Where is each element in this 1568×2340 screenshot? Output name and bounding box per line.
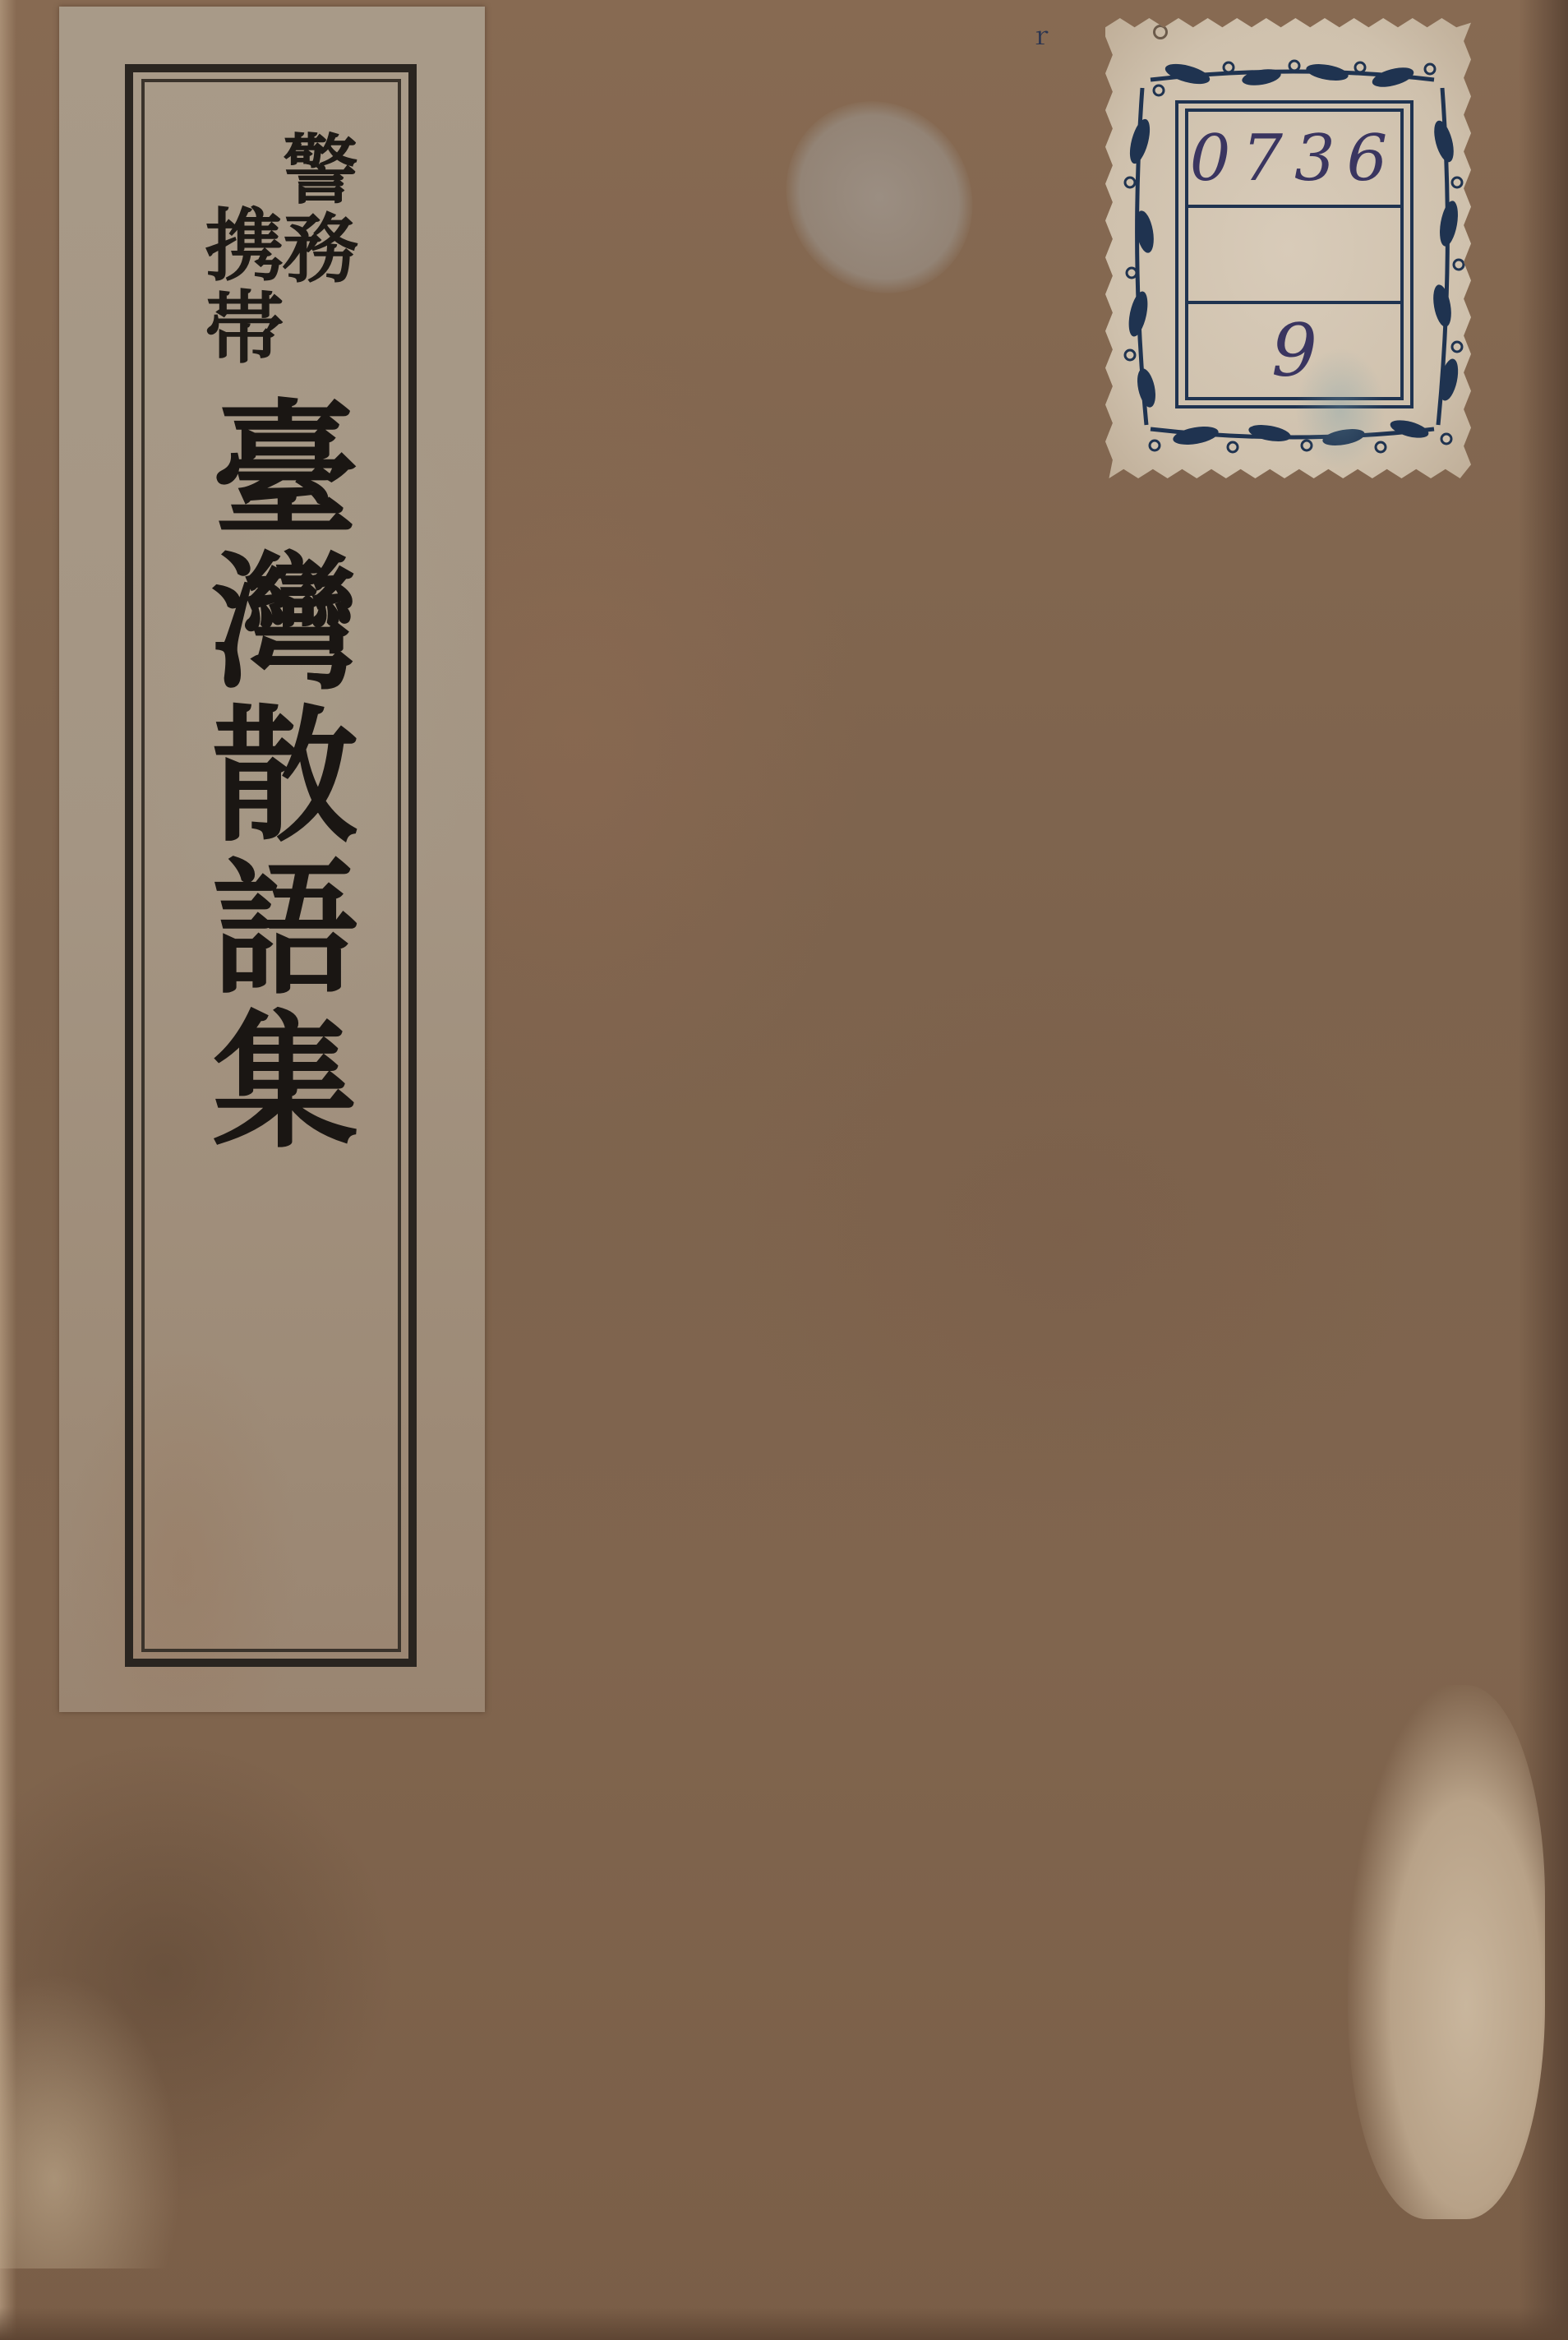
cover-bottom-edge	[0, 2307, 1568, 2340]
label-row-middle	[1188, 208, 1400, 304]
ink-mark: ｒ	[1029, 25, 1050, 54]
label-row-call-number: 0736	[1188, 112, 1400, 208]
worn-corner	[0, 1973, 181, 2268]
call-number: 0736	[1190, 122, 1400, 196]
subheading-left: 携帯	[182, 204, 295, 368]
title-subheading: 警務 携帯	[182, 130, 388, 401]
library-label: 0736 9	[1105, 18, 1471, 478]
main-title: 臺灣散語集	[178, 393, 367, 1157]
volume-number: 9	[1271, 308, 1317, 393]
worn-patch	[749, 65, 1010, 330]
label-frame-inner: 0736 9	[1185, 108, 1404, 400]
book-cover: ｒ 警務 携帯 臺灣散語集	[0, 0, 1568, 2340]
faded-patch	[1348, 1685, 1545, 2219]
label-row-volume: 9	[1188, 304, 1400, 397]
title-slip: 警務 携帯 臺灣散語集	[59, 7, 485, 1712]
